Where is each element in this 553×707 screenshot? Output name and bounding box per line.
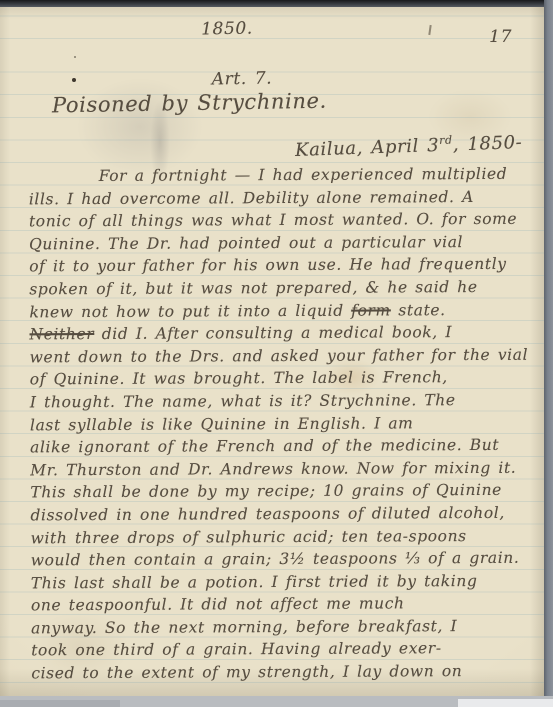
line-text: This shall be done by my recipe; 10 grai… xyxy=(30,481,502,501)
line-text: Quinine. The Dr. had pointed out a parti… xyxy=(29,233,463,253)
manuscript-line: of it to your father for his own use. He… xyxy=(29,253,535,278)
line-text: anyway. So the next morning, before brea… xyxy=(31,617,457,637)
photo-edge-top xyxy=(0,0,553,7)
dateline-year: , 1850- xyxy=(452,132,522,155)
manuscript-line: one teaspoonful. It did not affect me mu… xyxy=(31,592,537,617)
manuscript-line: anyway. So the next morning, before brea… xyxy=(31,615,537,640)
line-text: spoken of it, but it was not prepared, &… xyxy=(29,278,477,298)
manuscript-line: knew not how to put it into a liquid for… xyxy=(29,298,535,323)
manuscript-line: took one third of a grain. Having alread… xyxy=(31,637,537,662)
manuscript-line: cised to the extent of my strength, I la… xyxy=(31,660,537,685)
line-text: This last shall be a potion. I first tri… xyxy=(31,572,478,592)
manuscript-page: 1850. 17 Art. 7. Poisoned by Strychnine.… xyxy=(0,7,544,696)
line-text: cised to the extent of my strength, I la… xyxy=(31,662,462,682)
struck-word: Neither xyxy=(29,325,94,343)
manuscript-line: tonic of all things was what I most want… xyxy=(29,208,535,233)
dateline-ordinal: rd xyxy=(439,133,453,146)
manuscript-body: For a fortnight — I had experienced mult… xyxy=(29,163,538,685)
manuscript-line: This last shall be a potion. I first tri… xyxy=(31,569,537,594)
manuscript-line: last syllable is like Quinine in English… xyxy=(30,411,536,436)
surface-shadow xyxy=(0,700,120,707)
line-text: Mr. Thurston and Dr. Andrews know. Now f… xyxy=(30,458,516,479)
line-text: dissolved in one hundred teaspoons of di… xyxy=(30,504,504,524)
year-heading: 1850. xyxy=(0,14,499,43)
line-text: ills. I had overcome all. Debility alone… xyxy=(29,188,474,208)
line-text: would then contain a grain; 3½ teaspoons… xyxy=(31,549,520,570)
manuscript-line: Neither did I. After consulting a medica… xyxy=(29,321,535,346)
line-text: knew not how to put it into a liquid xyxy=(29,301,351,321)
manuscript-line: This shall be done by my recipe; 10 grai… xyxy=(30,479,536,504)
manuscript-line: alike ignorant of the French and of the … xyxy=(30,434,536,459)
line-text: of Quinine. It was brought. The label is… xyxy=(30,368,448,388)
page-title: Poisoned by Strychnine. xyxy=(52,89,327,118)
ink-dot xyxy=(74,56,76,58)
page-number: 17 xyxy=(489,27,512,47)
manuscript-line: Quinine. The Dr. had pointed out a parti… xyxy=(29,230,535,255)
line-text: tonic of all things was what I most want… xyxy=(29,210,517,231)
dateline-place-date: Kailua, April 3 xyxy=(294,135,439,161)
manuscript-line: spoken of it, but it was not prepared, &… xyxy=(29,276,535,301)
struck-word: form xyxy=(351,301,391,319)
photo-edge-right xyxy=(544,0,553,697)
line-text: with three drops of sulphuric acid; ten … xyxy=(31,527,467,547)
surface-strip xyxy=(0,696,553,707)
surface-highlight xyxy=(458,699,553,707)
manuscript-line: I thought. The name, what is it? Strychn… xyxy=(30,389,536,414)
line-text: went down to the Drs. and asked your fat… xyxy=(30,345,529,366)
line-text: alike ignorant of the French and of the … xyxy=(30,436,499,456)
manuscript-line: of Quinine. It was brought. The label is… xyxy=(30,366,536,391)
line-text: of it to your father for his own use. He… xyxy=(29,255,507,275)
manuscript-line: dissolved in one hundred teaspoons of di… xyxy=(30,502,536,527)
manuscript-line: went down to the Drs. and asked your fat… xyxy=(30,343,536,368)
line-text: For a fortnight — I had experienced mult… xyxy=(99,165,508,185)
manuscript-line: with three drops of sulphuric acid; ten … xyxy=(31,524,537,549)
line-text: state. xyxy=(391,301,446,319)
manuscript-line: ills. I had overcome all. Debility alone… xyxy=(29,185,535,210)
line-text: I thought. The name, what is it? Strychn… xyxy=(30,391,456,411)
line-text: last syllable is like Quinine in English… xyxy=(30,414,414,434)
manuscript-line: would then contain a grain; 3½ teaspoons… xyxy=(31,547,537,572)
line-text: one teaspoonful. It did not affect me mu… xyxy=(31,595,405,615)
manuscript-line: For a fortnight — I had experienced mult… xyxy=(29,163,535,188)
line-text: took one third of a grain. Having alread… xyxy=(31,640,442,660)
manuscript-line: Mr. Thurston and Dr. Andrews know. Now f… xyxy=(30,456,536,481)
line-text: did I. After consulting a medical book, … xyxy=(94,323,452,343)
dateline: Kailua, April 3rd, 1850- xyxy=(294,131,522,161)
manuscript-photo: 1850. 17 Art. 7. Poisoned by Strychnine.… xyxy=(0,0,553,707)
